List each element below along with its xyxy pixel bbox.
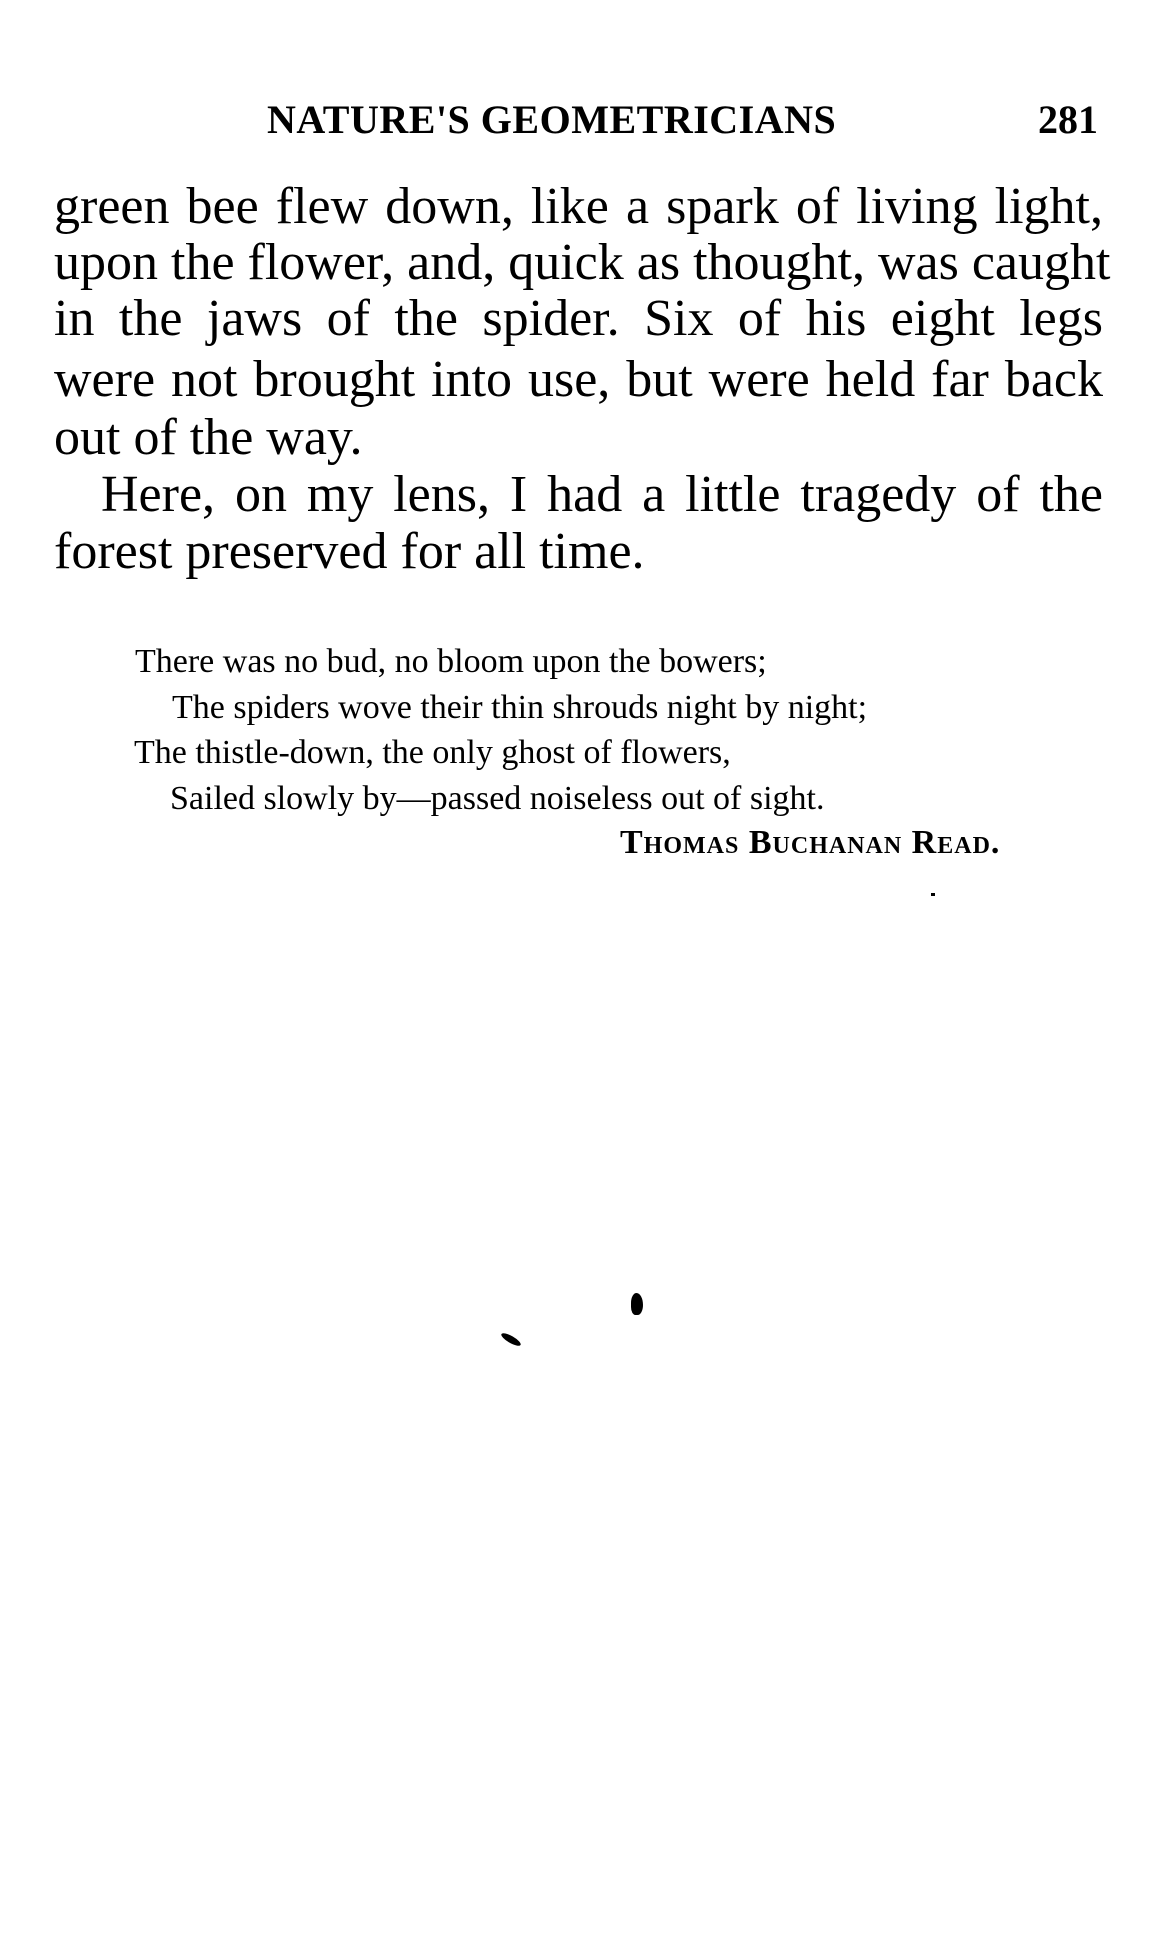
poem-attribution: Thomas Buchanan Read. xyxy=(620,823,1000,863)
paragraph-line: green bee flew down, like a spark of liv… xyxy=(54,177,1103,237)
paragraph-line: Here, on my lens, I had a little tragedy… xyxy=(101,465,1103,525)
ink-blot xyxy=(500,1331,523,1348)
paragraph-line: upon the flower, and, quick as thought, … xyxy=(54,233,1103,293)
paragraph-line: in the jaws of the spider. Six of his ei… xyxy=(54,289,1103,349)
poem-line: The thistle-down, the only ghost of flow… xyxy=(134,733,731,773)
poem-line: Sailed slowly by—passed noiseless out of… xyxy=(170,779,824,819)
page-number: 281 xyxy=(1038,96,1098,143)
paragraph-line: were not brought into use, but were held… xyxy=(54,350,1103,410)
ink-blot xyxy=(631,1293,643,1315)
poem-line: There was no bud, no bloom upon the bowe… xyxy=(135,642,767,682)
running-head-title: NATURE'S GEOMETRICIANS xyxy=(267,96,836,143)
poem-line: The spiders wove their thin shrouds nigh… xyxy=(172,688,867,728)
ink-speck xyxy=(931,893,935,896)
book-page: NATURE'S GEOMETRICIANS 281 green bee fle… xyxy=(0,0,1156,1947)
paragraph-line: out of the way. xyxy=(54,408,1103,468)
paragraph-line: forest preserved for all time. xyxy=(54,522,1103,582)
